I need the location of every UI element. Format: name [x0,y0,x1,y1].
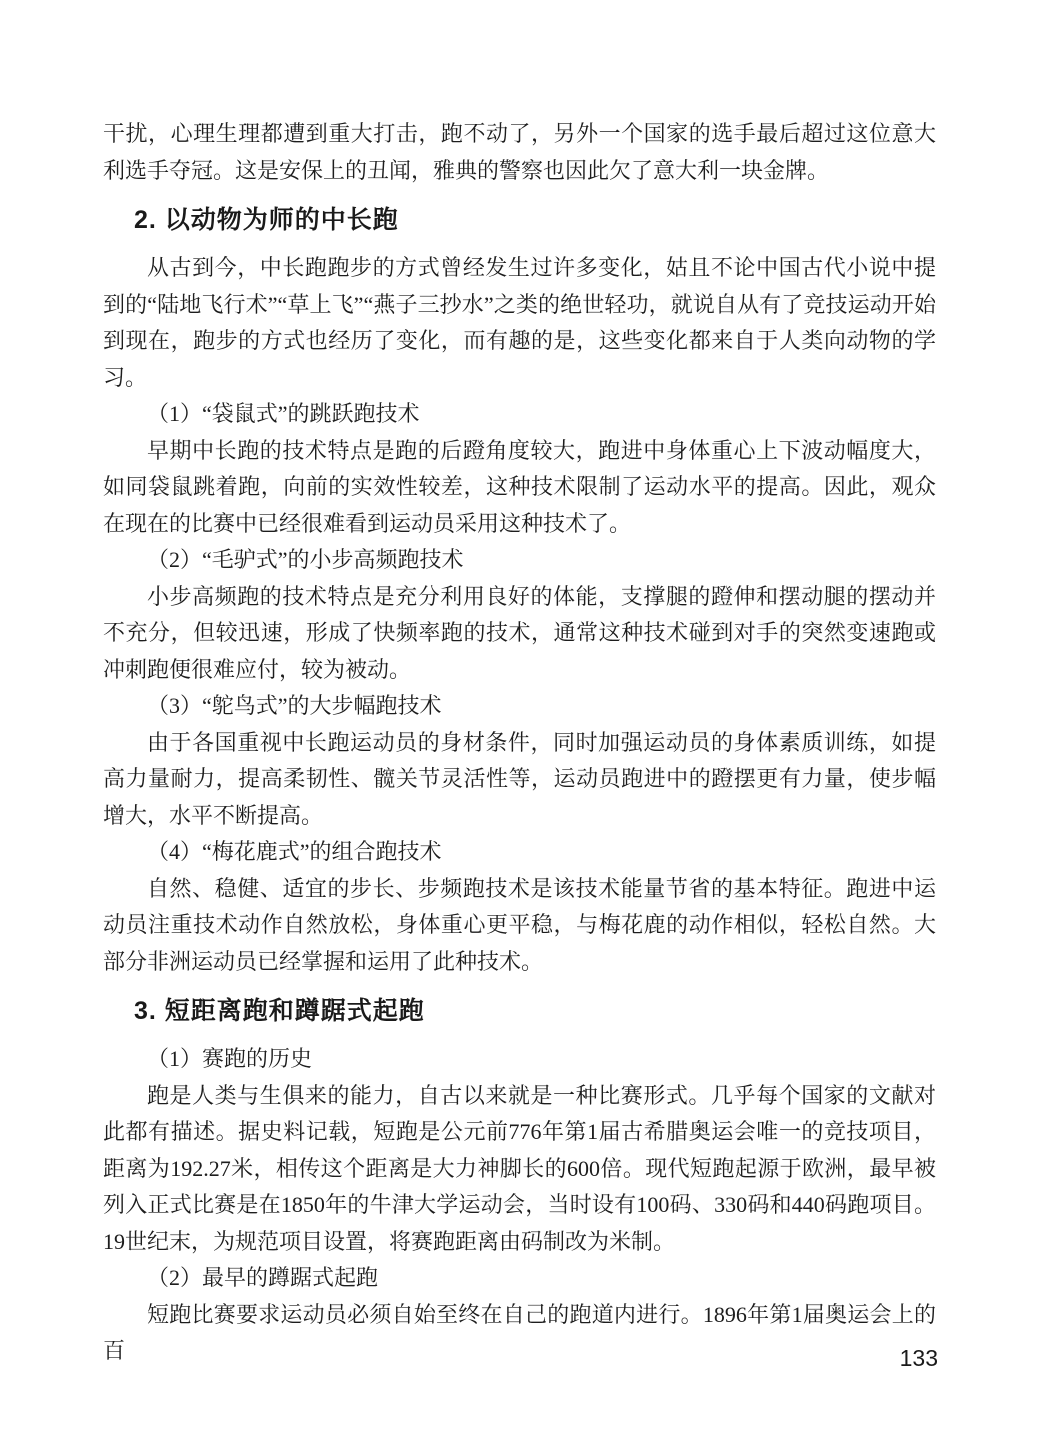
section-heading-animals-mid-long-run: 2. 以动物为师的中长跑 [134,203,936,237]
subheading-race-history: （1）赛跑的历史 [103,1041,936,1078]
paragraph: 自然、稳健、适宜的步长、步频跑技术是该技术能量节省的基本特征。跑进中运动员注重技… [103,871,936,981]
paragraph: 跑是人类与生俱来的能力，自古以来就是一种比赛形式。几乎每个国家的文献对此都有描述… [103,1078,936,1261]
subheading-kangaroo-style: （1）“袋鼠式”的跳跃跑技术 [103,396,936,433]
subheading-sika-deer-style: （4）“梅花鹿式”的组合跑技术 [103,834,936,871]
paragraph: 短跑比赛要求运动员必须自始至终在自己的跑道内进行。1896年第1届奥运会上的百 [103,1297,936,1370]
paragraph-continuation: 干扰，心理生理都遭到重大打击，跑不动了，另外一个国家的选手最后超过这位意大利选手… [103,116,936,189]
paragraph: 小步高频跑的技术特点是充分利用良好的体能，支撑腿的蹬伸和摆动腿的摆动并不充分，但… [103,579,936,689]
paragraph: 由于各国重视中长跑运动员的身材条件，同时加强运动员的身体素质训练，如提高力量耐力… [103,725,936,835]
book-page: 干扰，心理生理都遭到重大打击，跑不动了，另外一个国家的选手最后超过这位意大利选手… [0,0,1038,1452]
page-number: 133 [900,1345,938,1372]
subheading-earliest-crouch-start: （2）最早的蹲踞式起跑 [103,1260,936,1297]
subheading-donkey-style: （2）“毛驴式”的小步高频跑技术 [103,542,936,579]
page-body-text: 干扰，心理生理都遭到重大打击，跑不动了，另外一个国家的选手最后超过这位意大利选手… [103,116,936,1370]
subheading-ostrich-style: （3）“鸵鸟式”的大步幅跑技术 [103,688,936,725]
paragraph: 早期中长跑的技术特点是跑的后蹬角度较大，跑进中身体重心上下波动幅度大，如同袋鼠跳… [103,433,936,543]
section-heading-sprint-crouch-start: 3. 短距离跑和蹲踞式起跑 [134,994,936,1028]
paragraph: 从古到今，中长跑跑步的方式曾经发生过许多变化，姑且不论中国古代小说中提到的“陆地… [103,250,936,396]
